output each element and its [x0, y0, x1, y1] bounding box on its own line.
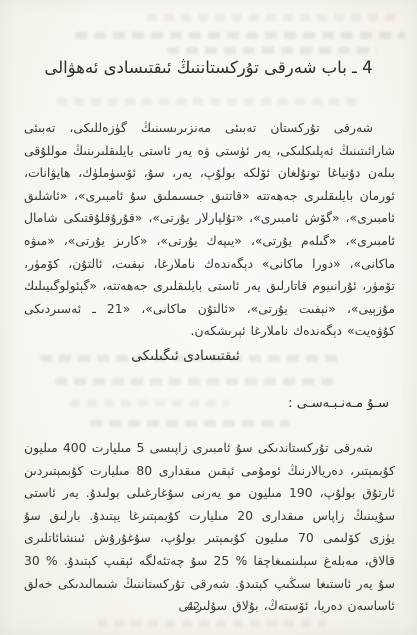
bleedthrough-mark [90, 420, 290, 427]
bleedthrough-mark [55, 378, 335, 385]
scanned-book-page: 4 ـ باب شەرقى تۇركستاننىڭ ئىقتىسادى ئەھۋ… [0, 0, 417, 635]
bleedthrough-mark [57, 98, 357, 105]
bleedthrough-mark [97, 620, 327, 627]
bleedthrough-mark [70, 400, 230, 407]
chapter-heading: 4 ـ باب شەرقى تۇركستاننىڭ ئىقتىسادى ئەھۋ… [0, 58, 417, 77]
body-paragraph-1: شەرقى تۇركستان تەبىئى مەنزىرىسىنىڭ گۈزەل… [24, 117, 395, 343]
bleedthrough-mark [167, 47, 377, 54]
bleedthrough-mark [147, 14, 397, 21]
section-heading: ئىقتىسادى ئىگىلىكى [0, 348, 371, 364]
page-number: 42 [0, 601, 387, 613]
subsection-heading: سـۇ مـەنـبـەسـى : [288, 396, 389, 411]
body-paragraph-2: شەرقى تۇركستاندىكى سۇ ئامبىرى زاپىسى 5 م… [24, 437, 395, 618]
bleedthrough-mark [75, 32, 405, 39]
